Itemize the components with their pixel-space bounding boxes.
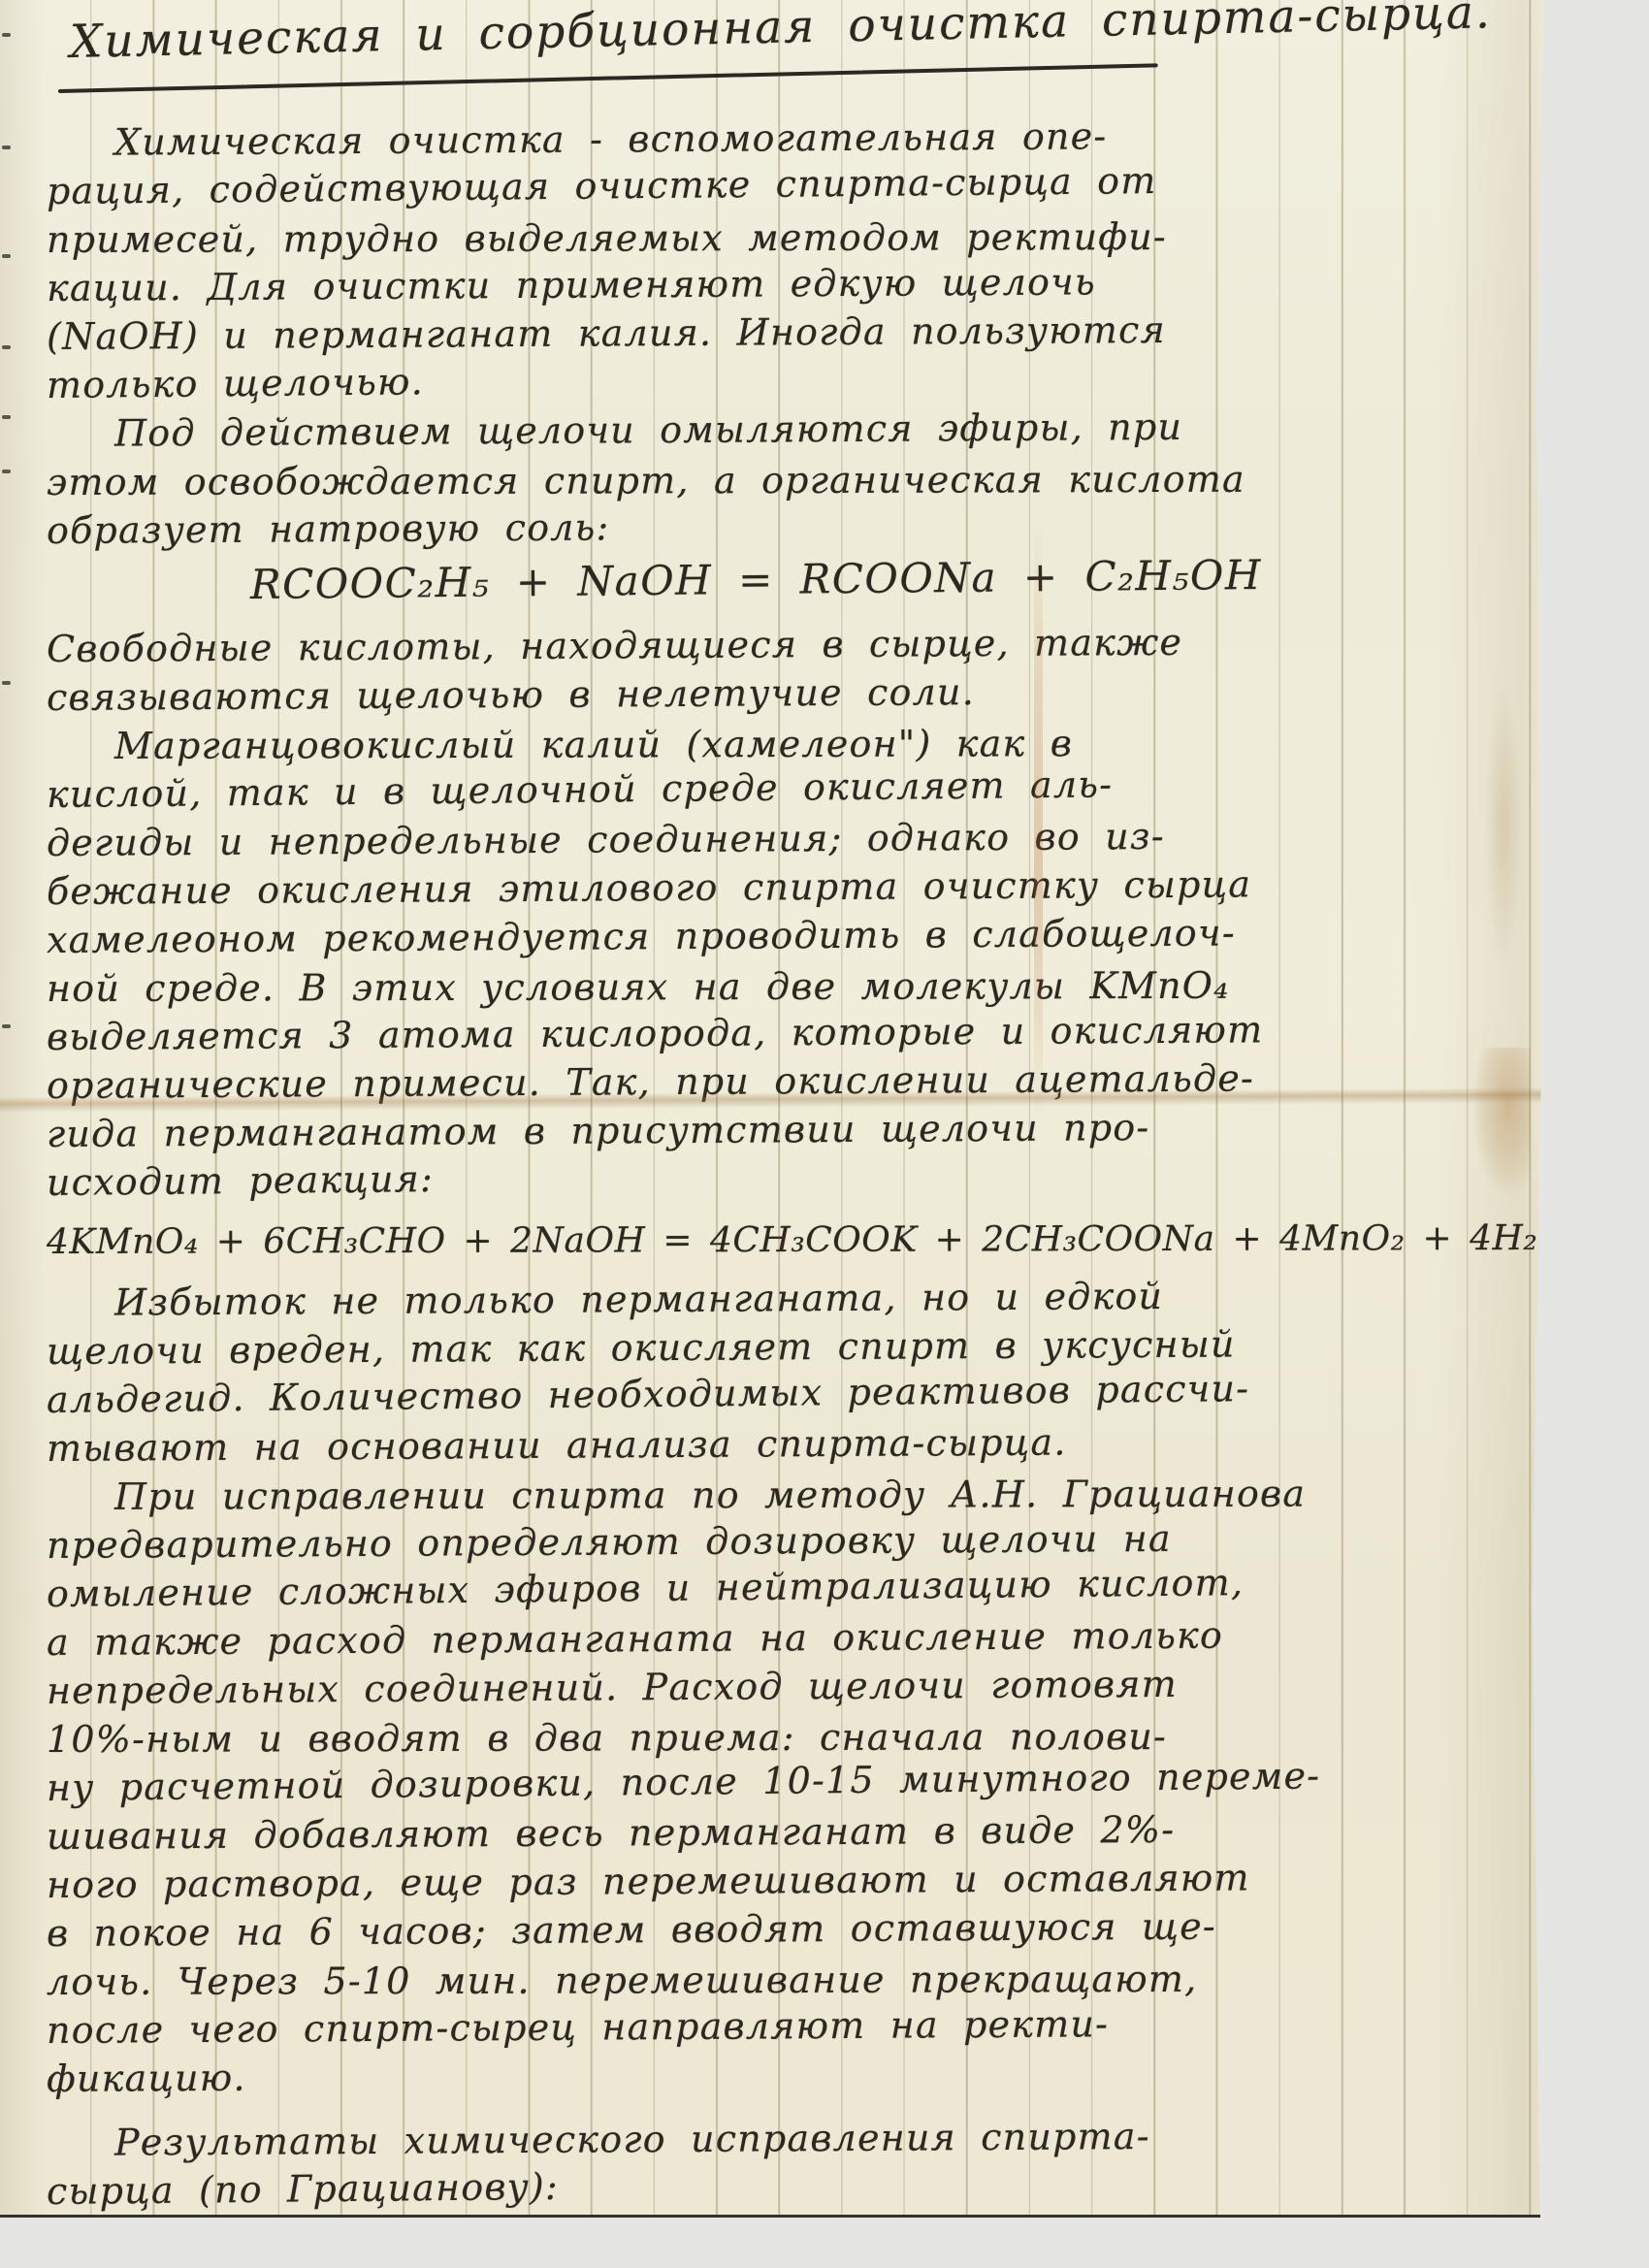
edge-mark [2, 33, 11, 37]
paper-stain [1034, 524, 1043, 1116]
edge-mark [2, 415, 11, 419]
handwritten-line: а также расход перманганата на окисление… [47, 1609, 1502, 1667]
handwritten-line: Под действием щелочи омыляются эфиры, пр… [47, 401, 1502, 458]
paper-sheet: Химическая и сорбционная очистка спирта-… [0, 0, 1544, 2218]
handwritten-line: Свободные кислоты, находящиеся в сырце, … [47, 616, 1502, 673]
paper-stain [1484, 679, 1523, 970]
handwritten-line: бежание окисления этилового спирта очист… [47, 859, 1502, 916]
handwritten-line: связываются щелочью в нелетучие соли. [47, 664, 1502, 722]
handwritten-line: в покое на 6 часов; затем вводят оставшу… [47, 1900, 1502, 1958]
chemical-formula-permanganate: 4KMnO₄ + 6CH₃CHO + 2NaOH = 4CH₃COOK + 2C… [47, 1211, 1502, 1271]
edge-mark [2, 345, 11, 349]
handwritten-line: тывают на основании анализа спирта-сырца… [47, 1415, 1502, 1473]
scanned-page-background: { "document": { "kind": "handwritten-not… [0, 0, 1649, 2268]
paper-stain [1474, 1048, 1531, 1193]
handwritten-line: после чего спирт-сырец направляют на рек… [47, 1997, 1502, 2055]
handwritten-line: выделяется 3 атома кислорода, которые и … [47, 1004, 1502, 1061]
handwritten-line: дегиды и непредельные соединения; однако… [47, 810, 1502, 867]
handwritten-line: Избыток не только перманганата, но и едк… [47, 1270, 1502, 1327]
handwritten-line: непредельных соединений. Расход щелочи г… [47, 1658, 1502, 1715]
handwritten-line: хамелеоном рекомендуется проводить в сла… [47, 907, 1502, 964]
document-body: Химическая очистка - вспомогательная опе… [47, 118, 1502, 2216]
handwritten-line: кации. Для очистки применяют едкую щелоч… [47, 255, 1502, 312]
edge-mark [2, 470, 11, 473]
handwritten-line: шивания добавляют весь перманганат в вид… [47, 1803, 1502, 1861]
edge-mark [2, 681, 11, 685]
handwritten-line: фикацию. [47, 2046, 1502, 2103]
edge-mark [2, 146, 11, 149]
handwritten-line: ного раствора, еще раз перемешивают и ос… [47, 1852, 1502, 1909]
edge-mark [2, 1024, 11, 1028]
edge-mark [2, 254, 11, 258]
chemical-formula-saponification: RCOOC₂H₅ + NaOH = RCOONa + C₂H₅OH [47, 545, 1502, 615]
